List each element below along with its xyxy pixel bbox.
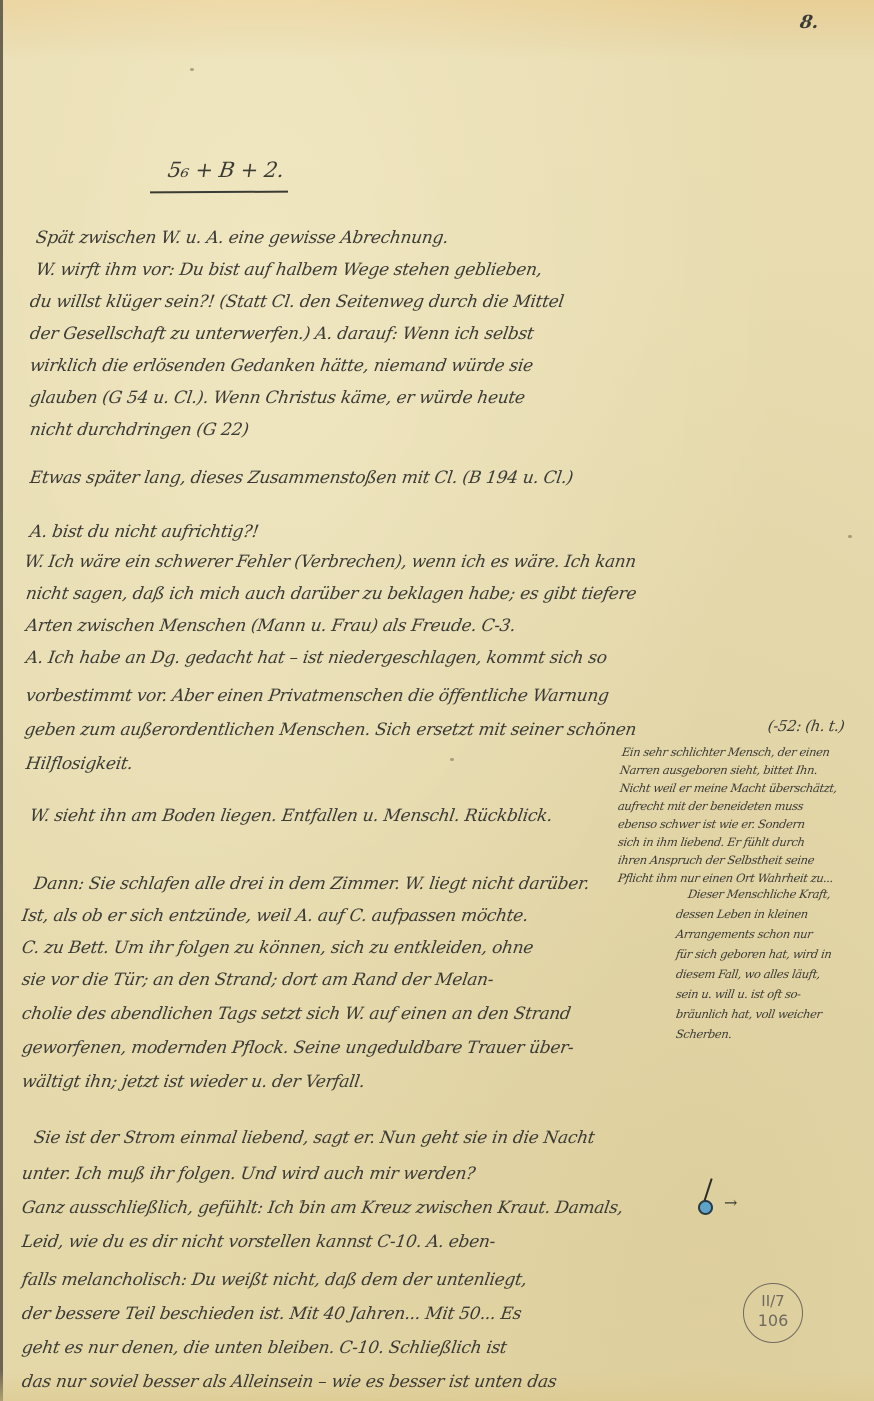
manuscript-line: der bessere Teil beschieden ist. Mit 40 … (21, 1304, 523, 1324)
margin-note-line: Dieser Menschliche Kraft, (687, 886, 832, 902)
margin-note-line: Arrangements schon nur (675, 926, 814, 942)
archive-stamp-series: II/7 (744, 1293, 802, 1309)
margin-note-line: ebenso schwer ist wie er. Sondern (617, 816, 806, 832)
margin-note-line: dessen Leben in kleinen (675, 906, 809, 922)
manuscript-line: geworfenen, modernden Pflock. Seine unge… (21, 1038, 575, 1058)
paper-speck (848, 535, 852, 538)
manuscript-line: Spät zwischen W. u. A. eine gewisse Abre… (35, 228, 450, 248)
manuscript-line: der Gesellschaft zu unterwerfen.) A. dar… (29, 324, 535, 344)
margin-note-line: sich in ihm liebend. Er fühlt durch (617, 834, 806, 850)
manuscript-line: vorbestimmt vor. Aber einen Privatmensch… (25, 686, 610, 706)
manuscript-line: glauben (G 54 u. Cl.). Wenn Christus käm… (29, 388, 527, 408)
margin-reference: (-52: (h. t.) (767, 718, 846, 734)
manuscript-line: Hilflosigkeit. (25, 754, 134, 774)
margin-note-line: bräunlich hat, voll weicher (675, 1006, 823, 1022)
manuscript-line: Dann: Sie schlafen alle drei in dem Zimm… (33, 874, 591, 894)
manuscript-line: unter. Ich muß ihr folgen. Und wird auch… (21, 1164, 477, 1184)
manuscript-line: Leid, wie du es dir nicht vorstellen kan… (21, 1232, 497, 1252)
archive-stamp: II/7 106 (743, 1283, 803, 1343)
manuscript-line: A. bist du nicht aufrichtig?! (29, 522, 260, 542)
manuscript-line: W. sieht ihn am Boden liegen. Entfallen … (29, 806, 554, 826)
margin-note-line: Narren ausgeboren sieht, bittet Ihn. (619, 762, 819, 778)
page-edge-shadow (0, 0, 3, 1401)
margin-note-line: Pflicht ihm nur einen Ort Wahrheit zu... (617, 870, 834, 886)
manuscript-line: C. zu Bett. Um ihr folgen zu können, sic… (21, 938, 535, 958)
margin-note-line: Nicht weil er meine Macht überschätzt, (619, 780, 838, 796)
manuscript-line: Ganz ausschließlich, gefühlt: Ich bin am… (21, 1198, 625, 1218)
manuscript-line: Etwas später lang, dieses Zusammenstoßen… (29, 468, 575, 488)
manuscript-line: das nur soviel besser als Alleinsein – w… (21, 1372, 558, 1392)
margin-note-line: aufrecht mit der beneideten muss (617, 798, 804, 814)
manuscript-line: Sie ist der Strom einmal liebend, sagt e… (33, 1128, 596, 1148)
manuscript-line: nicht sagen, daß ich mich auch darüber z… (25, 584, 638, 604)
paper-speck (300, 1200, 304, 1203)
blue-dot-icon (698, 1200, 713, 1215)
manuscript-line: wältigt ihn; jetzt ist wieder u. der Ver… (21, 1072, 366, 1092)
page-number: 8. (799, 12, 820, 33)
manuscript-line: geht es nur denen, die unten bleiben. C-… (21, 1338, 508, 1358)
manuscript-line: wirklich die erlösenden Gedanken hätte, … (29, 356, 535, 376)
margin-note-line: Ein sehr schlichter Mensch, der einen (621, 744, 831, 760)
manuscript-line: geben zum außerordentlichen Menschen. Si… (23, 720, 637, 740)
archive-stamp-number: 106 (744, 1312, 802, 1330)
margin-note-line: ihren Anspruch der Selbstheit seine (617, 852, 815, 868)
paper-speck (450, 758, 454, 761)
manuscript-line: Ist, als ob er sich entzünde, weil A. au… (21, 906, 530, 926)
manuscript-line: falls melancholisch: Du weißt nicht, daß… (21, 1270, 528, 1290)
manuscript-line: W. wirft ihm vor: Du bist auf halbem Weg… (35, 260, 544, 280)
arrow-right-icon: → (724, 1193, 737, 1212)
margin-note-line: diesem Fall, wo alles läuft, (675, 966, 821, 982)
manuscript-line: cholie des abendlichen Tags setzt sich W… (21, 1004, 572, 1024)
paper-speck (190, 68, 194, 71)
manuscript-line: W. Ich wäre ein schwerer Fehler (Verbrec… (23, 552, 637, 572)
manuscript-line: du willst klüger sein?! (Statt Cl. den S… (29, 292, 565, 312)
manuscript-line: A. Ich habe an Dg. gedacht hat – ist nie… (25, 648, 609, 668)
manuscript-line: nicht durchdringen (G 22) (29, 420, 250, 440)
page-heading: 5₆ + B + 2. (166, 158, 285, 182)
manuscript-line: sie vor die Tür; an den Strand; dort am … (21, 970, 495, 990)
manuscript-line: Arten zwischen Menschen (Mann u. Frau) a… (25, 616, 517, 636)
margin-note-line: für sich geboren hat, wird in (675, 946, 833, 962)
margin-note-line: sein u. will u. ist oft so- (675, 986, 802, 1002)
margin-note-line: Scherben. (675, 1026, 733, 1042)
